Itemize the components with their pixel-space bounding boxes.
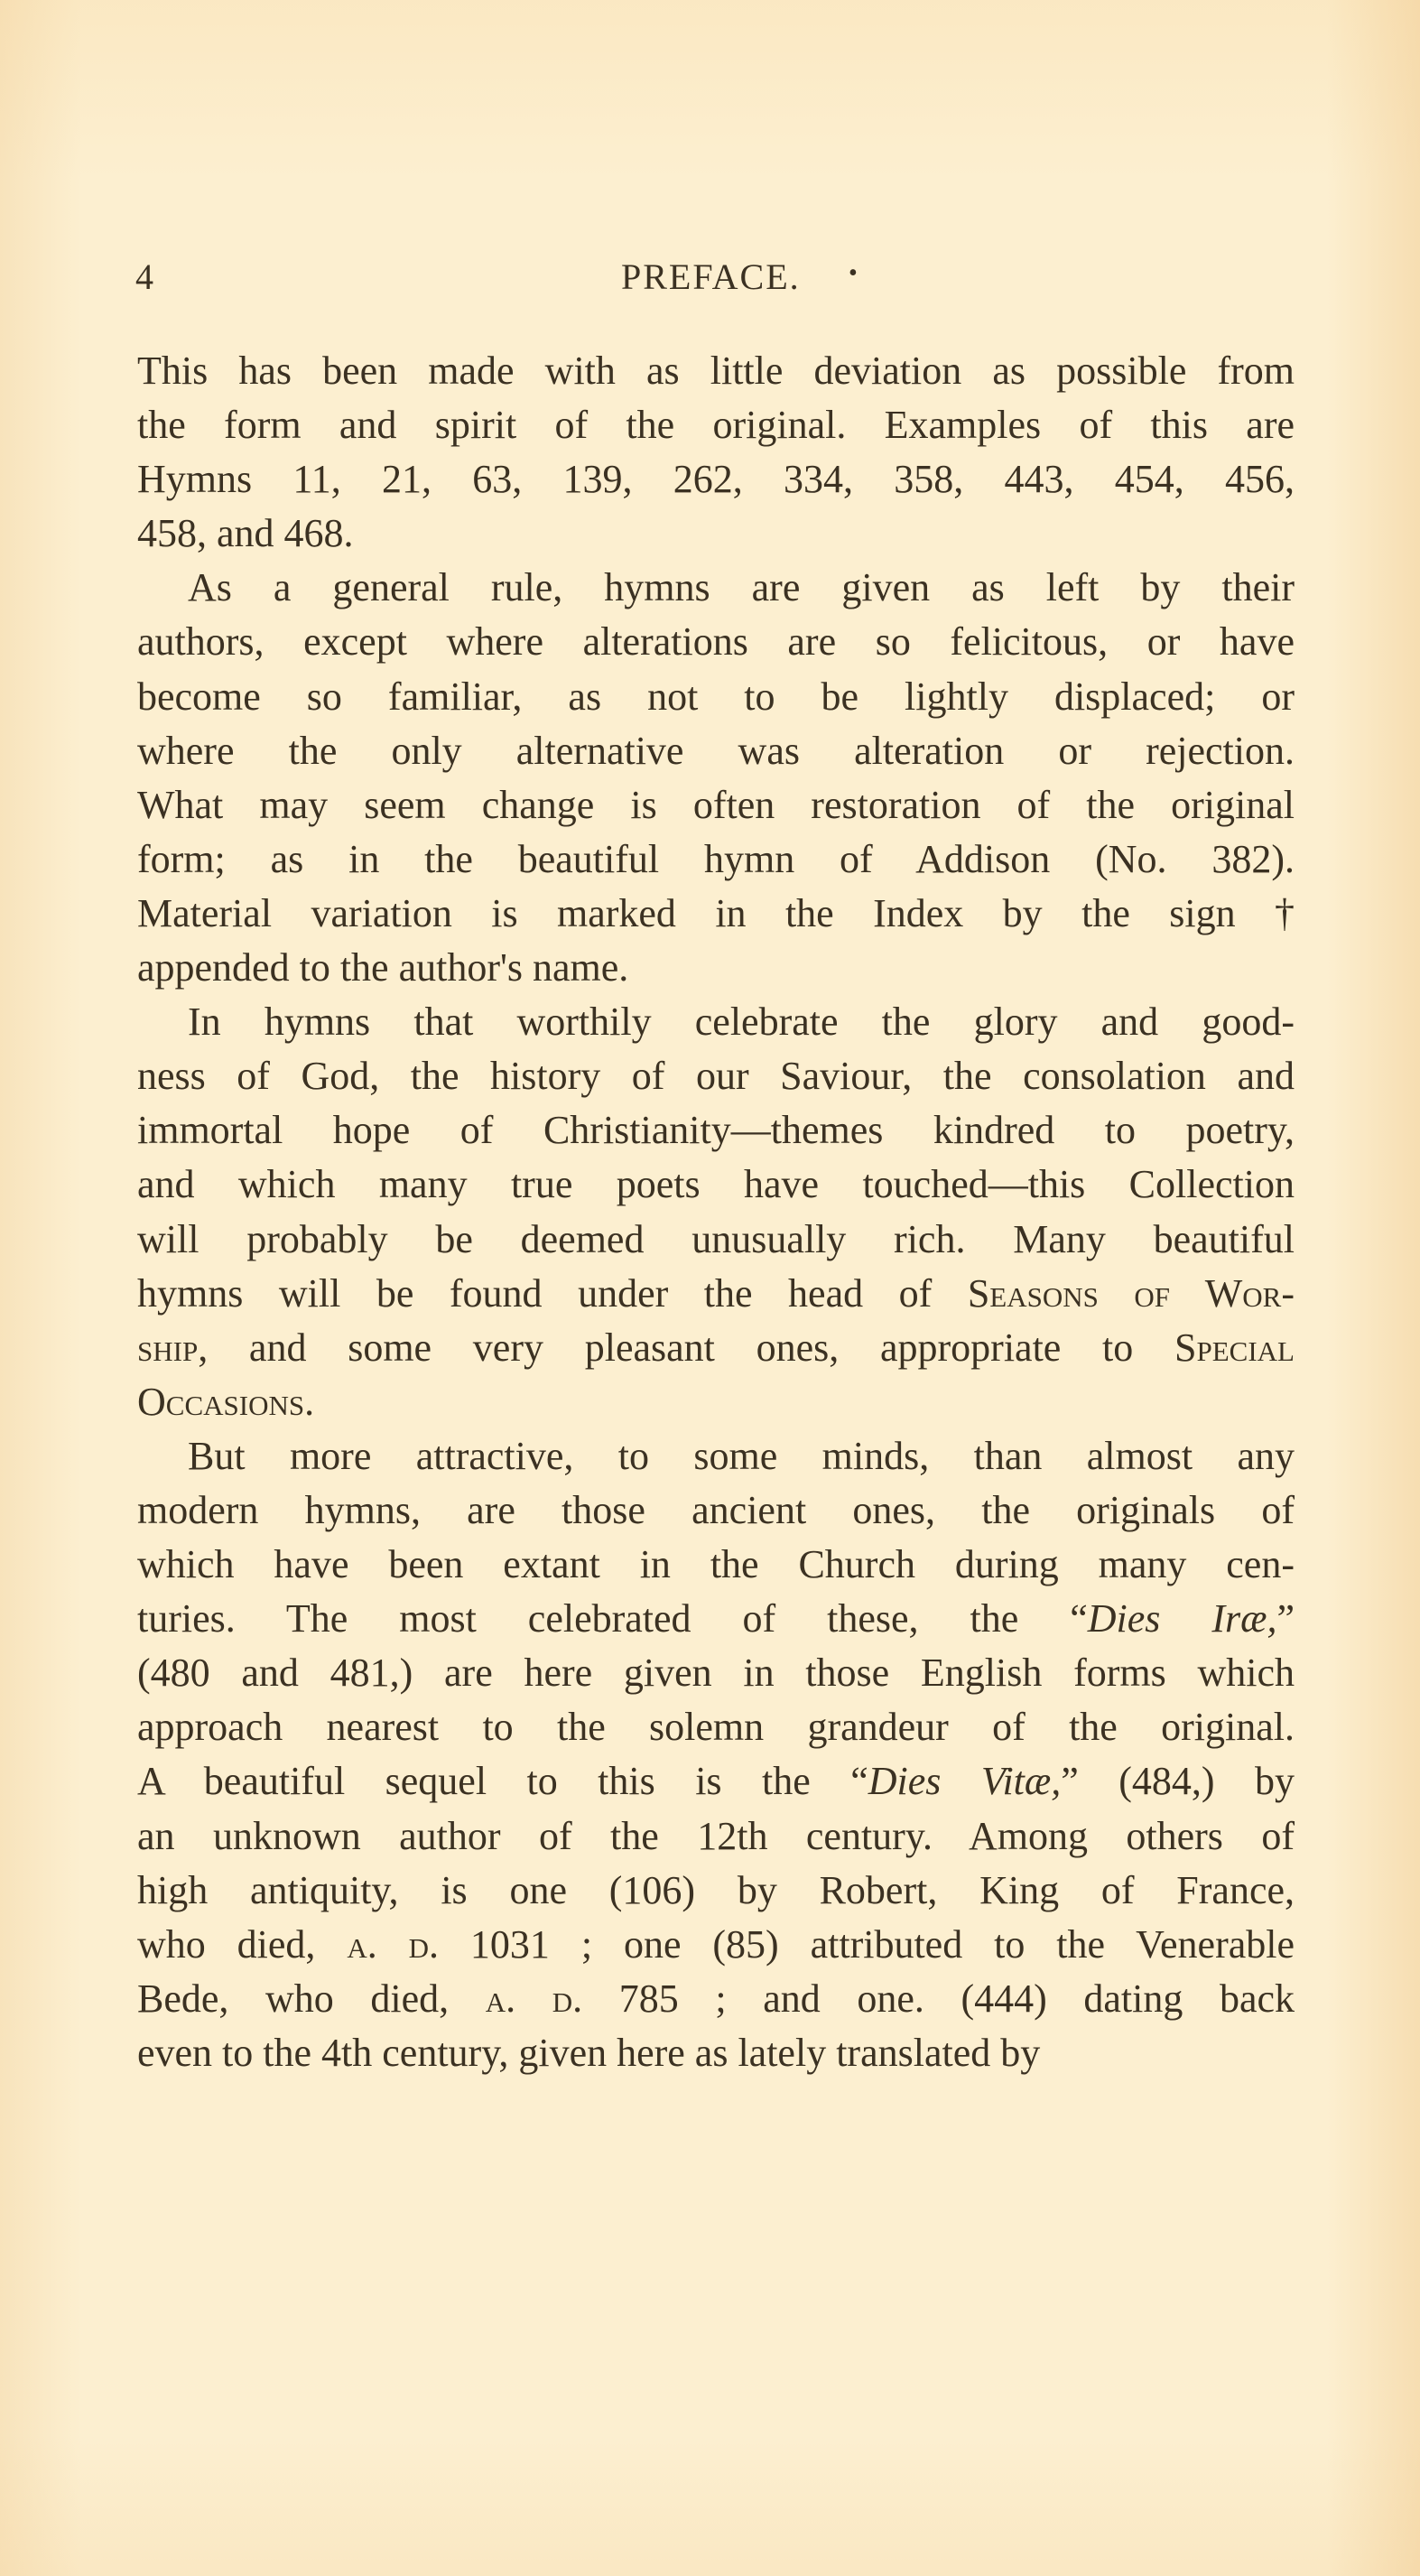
text-line: Hymns 11, 21, 63, 139, 262, 334, 358, 44… xyxy=(137,452,1295,507)
text-line: who died, a. d. 1031 ; one (85) attribut… xyxy=(137,1918,1295,1972)
text-line: an unknown author of the 12th century. A… xyxy=(137,1809,1295,1864)
text-line: ship, and some very pleasant ones, appro… xyxy=(137,1321,1295,1375)
text-line: This has been made with as little deviat… xyxy=(137,344,1295,398)
text-segment: A beautiful sequel to this is the “ xyxy=(137,1759,868,1803)
text-segment: Bede, who died, xyxy=(137,1976,486,2021)
italic-text: Dies Iræ, xyxy=(1088,1596,1277,1641)
text-line: appended to the author's name. xyxy=(137,941,1295,995)
text-segment: ” (484,) by xyxy=(1061,1759,1295,1803)
small-caps-text: Special xyxy=(1174,1325,1295,1370)
text-segment: ” xyxy=(1276,1596,1295,1641)
text-segment: . xyxy=(304,1380,314,1424)
paragraph: This has been made with as little deviat… xyxy=(137,344,1295,561)
text-line: high antiquity, is one (106) by Robert, … xyxy=(137,1864,1295,1918)
text-line: modern hymns, are those ancient ones, th… xyxy=(137,1483,1295,1538)
text-line: 458, and 468. xyxy=(137,507,1295,561)
text-line: ness of God, the history of our Saviour,… xyxy=(137,1049,1295,1103)
text-line: A beautiful sequel to this is the “Dies … xyxy=(137,1754,1295,1809)
body-text: This has been made with as little deviat… xyxy=(137,344,1295,2080)
paragraph: As a general rule, hymns are given as le… xyxy=(137,561,1295,995)
text-segment: hymns will be found under the head of xyxy=(137,1271,968,1316)
text-line: and which many true poets have touched—t… xyxy=(137,1158,1295,1212)
text-line: the form and spirit of the original. Exa… xyxy=(137,398,1295,452)
text-line: will probably be deemed unusually rich. … xyxy=(137,1213,1295,1267)
small-caps-text: a. d. xyxy=(486,1976,582,2021)
text-line: approach nearest to the solemn grandeur … xyxy=(137,1700,1295,1754)
text-line: which have been extant in the Church dur… xyxy=(137,1538,1295,1592)
text-segment: 785 ; and one. (444) dating back xyxy=(582,1976,1295,2021)
paragraph: In hymns that worthily celebrate the glo… xyxy=(137,995,1295,1429)
page-number: 4 xyxy=(135,255,153,300)
running-head: 4 PREFACE. • xyxy=(137,255,1295,300)
small-caps-text: Occasions xyxy=(137,1380,304,1424)
text-segment: 1031 ; one (85) attributed to the Venera… xyxy=(439,1922,1295,1967)
text-line: Material variation is marked in the Inde… xyxy=(137,887,1295,941)
italic-text: Dies Vitæ, xyxy=(868,1759,1062,1803)
stray-ink-mark: • xyxy=(849,251,858,296)
text-line: As a general rule, hymns are given as le… xyxy=(137,561,1295,615)
small-caps-text: a. d. xyxy=(347,1922,439,1967)
text-line: even to the 4th century, given here as l… xyxy=(137,2026,1295,2080)
text-segment: turies. The most celebrated of these, th… xyxy=(137,1596,1088,1641)
small-caps-text: Seasons of Wor- xyxy=(968,1271,1295,1316)
text-line: turies. The most celebrated of these, th… xyxy=(137,1592,1295,1646)
text-line: What may seem change is often restoratio… xyxy=(137,778,1295,832)
text-line: form; as in the beautiful hymn of Addiso… xyxy=(137,832,1295,887)
text-line: where the only alternative was alteratio… xyxy=(137,724,1295,778)
small-caps-text: ship xyxy=(137,1325,198,1370)
paragraph: But more attractive, to some minds, than… xyxy=(137,1429,1295,2080)
text-line: become so familiar, as not to be lightly… xyxy=(137,670,1295,724)
text-segment: , and some very pleasant ones, appropria… xyxy=(198,1325,1174,1370)
running-title: PREFACE. xyxy=(621,255,801,300)
text-segment: who died, xyxy=(137,1922,347,1967)
text-line: hymns will be found under the head of Se… xyxy=(137,1267,1295,1321)
text-line: authors, except where alterations are so… xyxy=(137,615,1295,669)
text-line: immortal hope of Christianity—themes kin… xyxy=(137,1103,1295,1158)
text-line: Occasions. xyxy=(137,1375,1295,1429)
text-line: But more attractive, to some minds, than… xyxy=(137,1429,1295,1483)
text-line: In hymns that worthily celebrate the glo… xyxy=(137,995,1295,1049)
text-line: (480 and 481,) are here given in those E… xyxy=(137,1646,1295,1700)
text-line: Bede, who died, a. d. 785 ; and one. (44… xyxy=(137,1972,1295,2026)
